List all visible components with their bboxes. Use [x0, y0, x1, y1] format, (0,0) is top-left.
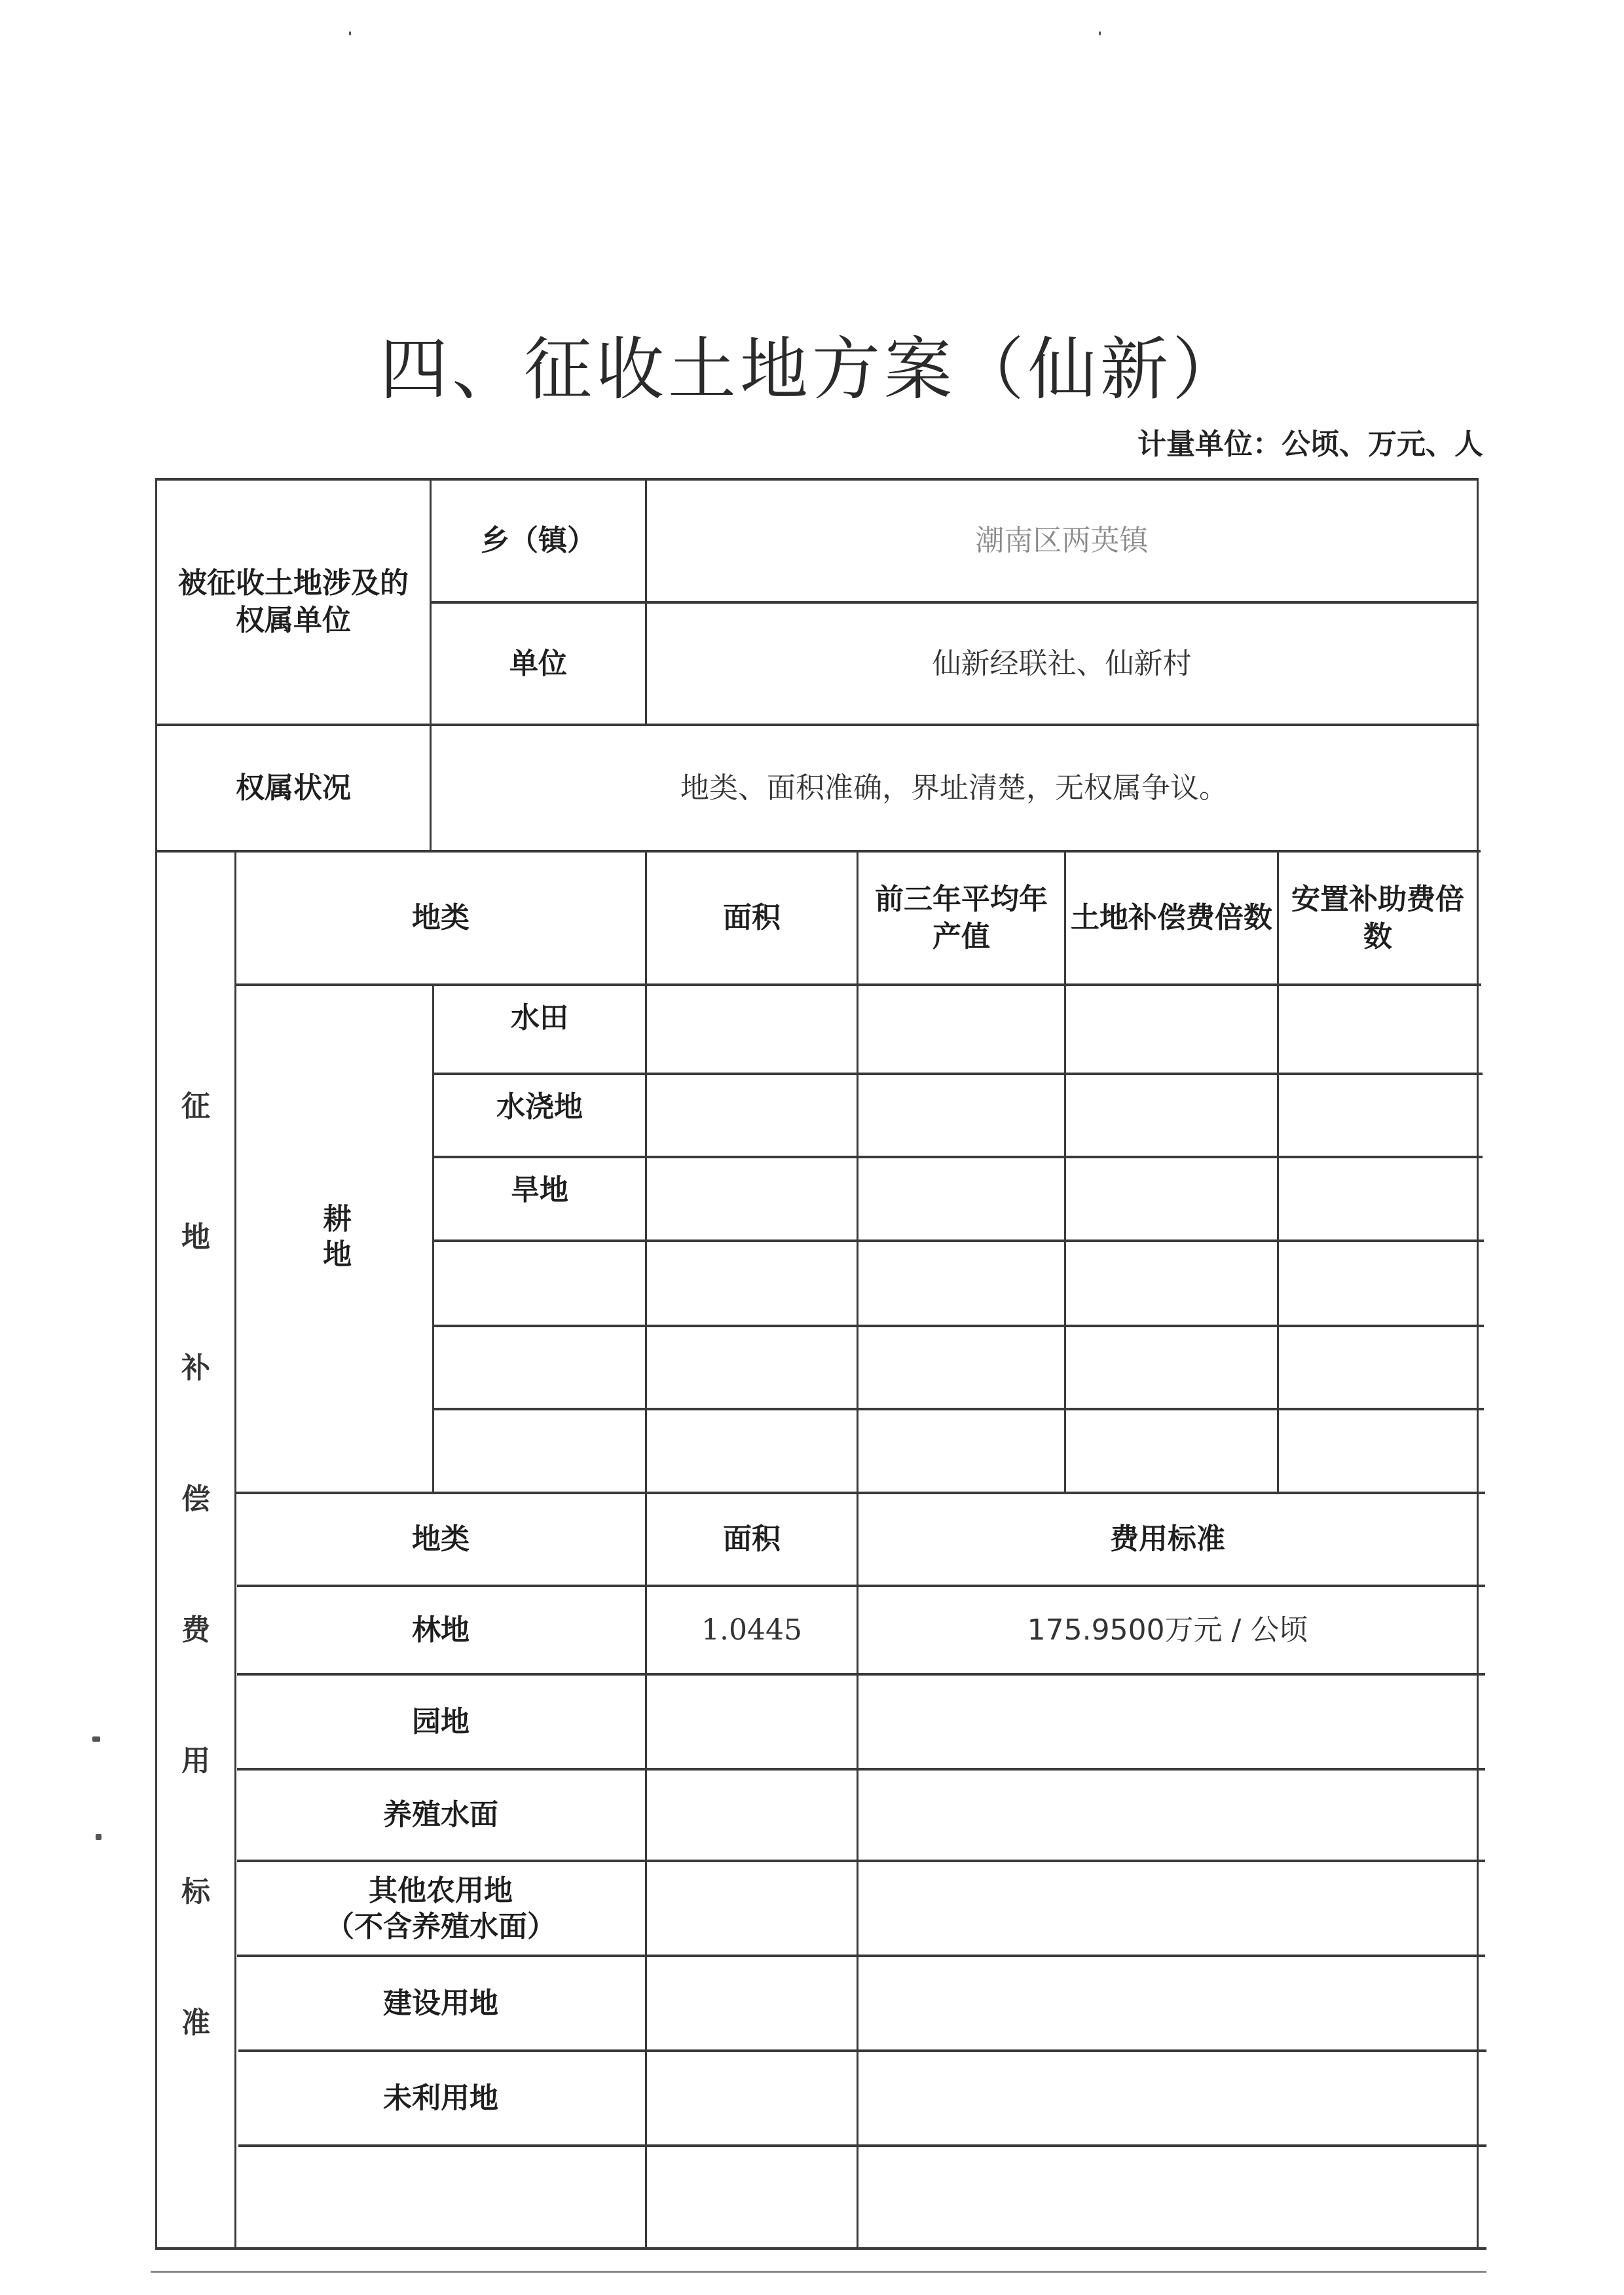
page-title: 四、征收土地方案（仙新）	[0, 314, 1624, 413]
side-char: 准	[181, 2004, 210, 2042]
other-row-type: 园地	[236, 1676, 645, 1768]
ownership-status-value: 地类、面积准确，界址清楚，无权属争议。	[432, 726, 1477, 850]
other-row-type: 其他农用地 （不含养殖水面）	[236, 1862, 645, 1955]
unit-note: 计量单位：公顷、万元、人	[1137, 420, 1483, 462]
other-header-land-type: 地类	[236, 1494, 645, 1585]
ownership-group-label-text: 被征收土地涉及的权属单位	[170, 564, 416, 639]
row-type-text: 林地	[412, 1611, 470, 1649]
side-char: 补	[181, 1349, 210, 1387]
header-land-type-text: 地类	[412, 899, 470, 936]
unit-value-text: 仙新经联社、仙新村	[932, 645, 1192, 682]
scan-speck	[349, 31, 351, 35]
header-area-text: 面积	[723, 899, 781, 936]
township-label: 乡（镇）	[432, 480, 645, 601]
row-area-text: 1.0445	[701, 1611, 802, 1649]
ownership-status-label: 权属状况	[157, 726, 430, 850]
cultivated-group-label-text: 耕地	[316, 1203, 353, 1274]
other-row-type: 未利用地	[236, 2052, 645, 2144]
row-type-text-line2: （不含养殖水面）	[325, 1909, 556, 1945]
other-row-type: 养殖水面	[236, 1771, 645, 1860]
cultivated-row-type: 旱地	[434, 1158, 645, 1223]
side-char: 标	[181, 1873, 210, 1911]
header-area: 面积	[647, 853, 857, 983]
ownership-group-label: 被征收土地涉及的权属单位	[157, 480, 430, 724]
row-divider	[432, 1239, 1484, 1242]
side-char: 征	[181, 1088, 210, 1125]
other-row-standard: 175.9500万元 / 公顷	[858, 1587, 1477, 1673]
side-char: 费	[181, 1611, 210, 1649]
header-land-comp-multiple: 土地补偿费倍数	[1066, 853, 1277, 983]
side-char: 用	[181, 1742, 210, 1780]
scan-speck	[1099, 31, 1101, 35]
other-header-land-type-text: 地类	[412, 1520, 470, 1558]
cultivated-row-type: 水田	[434, 985, 645, 1051]
township-value: 潮南区两英镇	[647, 480, 1477, 601]
row-type-text: 养殖水面	[383, 1796, 498, 1833]
row-standard-text: 175.9500万元 / 公顷	[1027, 1611, 1308, 1649]
page-edge-line	[151, 2271, 1486, 2273]
row-type-text: 水田	[511, 999, 568, 1037]
compensation-side-label: 征 地 补 偿 费 用 标 准	[157, 1041, 234, 2089]
scan-speck	[96, 1834, 101, 1840]
ownership-status-value-text: 地类、面积准确，界址清楚，无权属争议。	[680, 769, 1228, 807]
row-type-text: 旱地	[511, 1171, 568, 1209]
header-resettle-multiple-text: 安置补助费倍数	[1282, 881, 1474, 955]
unit-label-text: 单位	[509, 645, 567, 682]
row-divider	[238, 2144, 1486, 2147]
header-land-comp-multiple-text: 土地补偿费倍数	[1071, 899, 1272, 936]
other-row-type: 林地	[236, 1587, 645, 1673]
side-char: 地	[181, 1219, 210, 1256]
township-label-text: 乡（镇）	[481, 522, 596, 559]
scan-speck	[92, 1736, 100, 1742]
header-land-type: 地类	[236, 853, 645, 983]
header-resettle-multiple: 安置补助费倍数	[1279, 853, 1477, 983]
row-type-text: 建设用地	[383, 1985, 498, 2022]
table-bottom-border	[155, 2247, 1486, 2250]
other-header-standard: 费用标准	[858, 1494, 1477, 1585]
cultivated-row-type: 水浇地	[434, 1074, 645, 1140]
header-avg-output: 前三年平均年产值	[858, 853, 1064, 983]
other-header-standard-text: 费用标准	[1110, 1520, 1225, 1558]
unit-value: 仙新经联社、仙新村	[647, 604, 1477, 724]
row-divider	[432, 1408, 1484, 1410]
row-type-text-line1: 其他农用地	[369, 1873, 513, 1909]
other-header-area: 面积	[647, 1494, 857, 1585]
row-type-text: 水浇地	[496, 1088, 583, 1126]
ownership-status-label-text: 权属状况	[236, 769, 351, 807]
cultivated-group-label: 耕地	[236, 985, 432, 1492]
row-type-text: 园地	[412, 1703, 470, 1740]
other-row-area: 1.0445	[647, 1587, 857, 1673]
row-divider	[432, 1325, 1484, 1327]
unit-label: 单位	[432, 604, 645, 724]
side-char: 偿	[181, 1480, 210, 1518]
other-row-type: 建设用地	[236, 1957, 645, 2049]
col-divider	[432, 983, 434, 1492]
table-right-border	[1477, 478, 1479, 2247]
other-header-area-text: 面积	[723, 1520, 781, 1558]
row-type-text: 未利用地	[383, 2080, 498, 2117]
township-value-text: 潮南区两英镇	[976, 522, 1149, 559]
header-avg-output-text: 前三年平均年产值	[862, 881, 1060, 955]
